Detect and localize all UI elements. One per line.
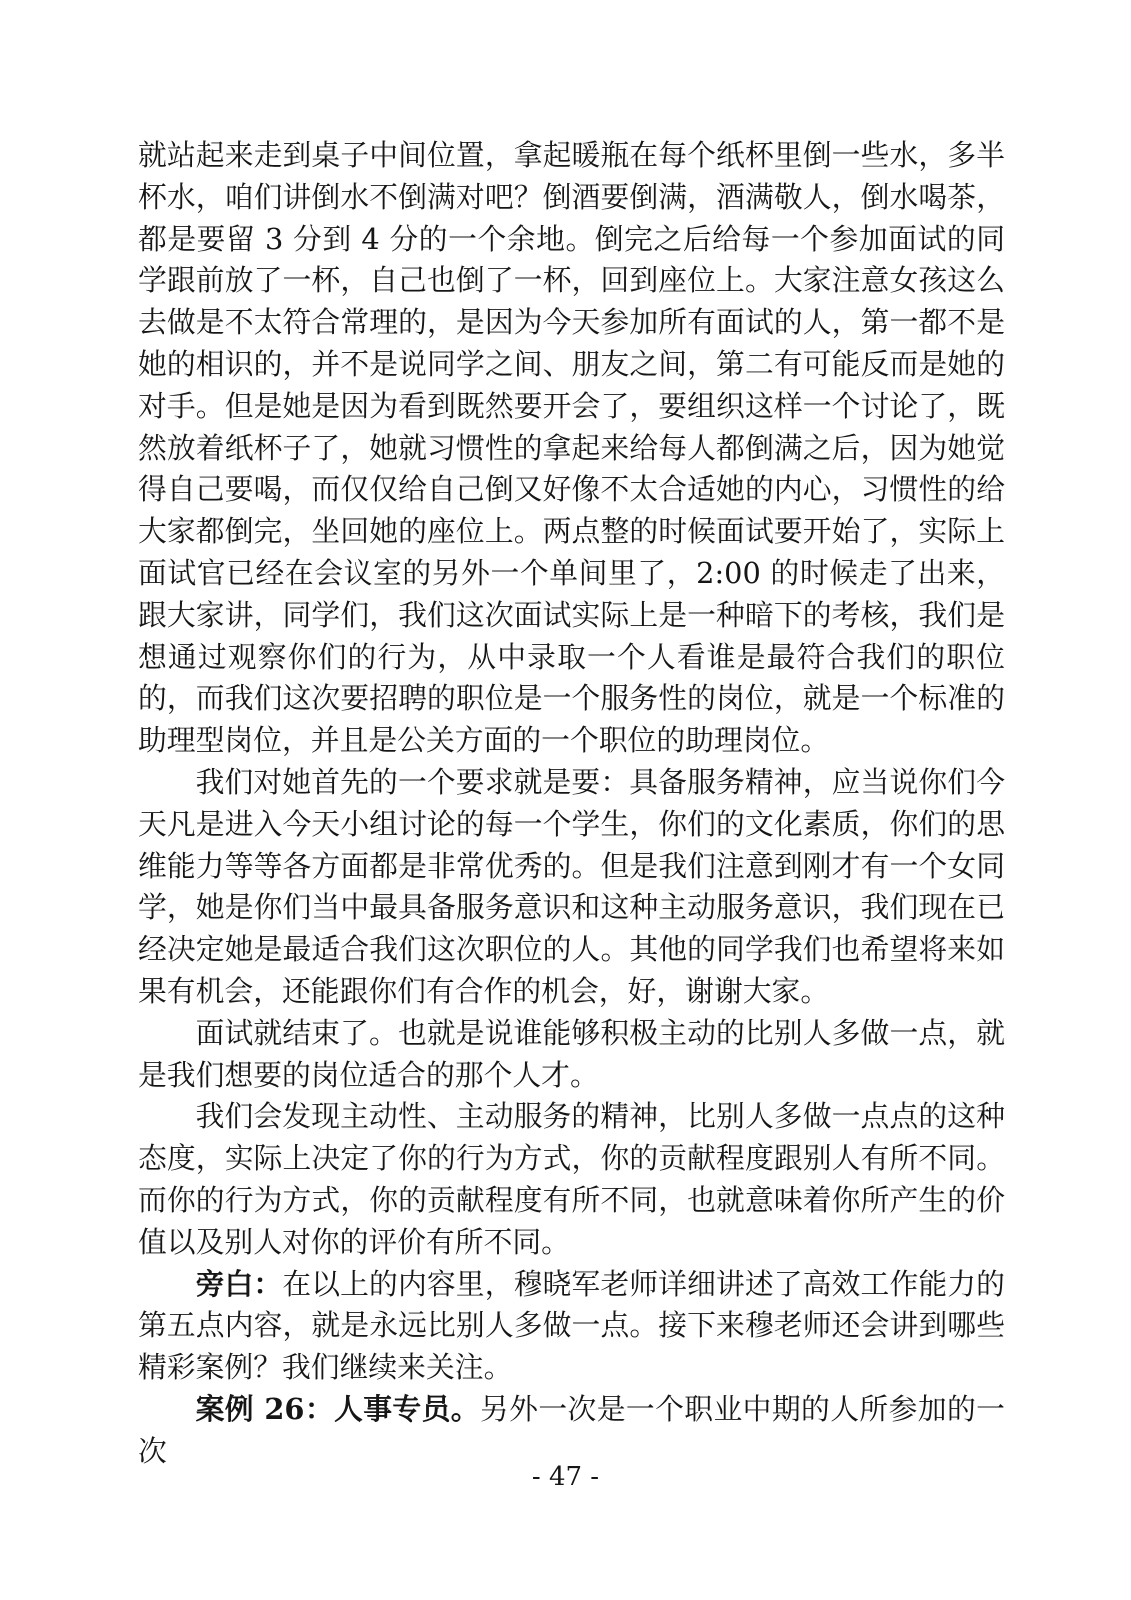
paragraph: 我们会发现主动性、主动服务的精神，比别人多做一点点的这种态度，实际上决定了你的行… <box>138 1096 1005 1263</box>
bold-text-run: 旁白： <box>196 1267 283 1301</box>
page-number: - 47 - <box>0 1462 1131 1492</box>
paragraph: 就站起来走到桌子中间位置，拿起暖瓶在每个纸杯里倒一些水，多半杯水，咱们讲倒水不倒… <box>138 135 1005 762</box>
text-run: 就站起来走到桌子中间位置，拿起暖瓶在每个纸杯里倒一些水，多半杯水，咱们讲倒水不倒… <box>138 138 1005 757</box>
text-run: 面试就结束了。也就是说谁能够积极主动的比别人多做一点，就是我们想要的岗位适合的那… <box>138 1016 1005 1092</box>
document-body: 就站起来走到桌子中间位置，拿起暖瓶在每个纸杯里倒一些水，多半杯水，咱们讲倒水不倒… <box>138 135 1005 1473</box>
paragraph: 我们对她首先的一个要求就是要：具备服务精神，应当说你们今天凡是进入今天小组讨论的… <box>138 762 1005 1013</box>
document-page: 就站起来走到桌子中间位置，拿起暖瓶在每个纸杯里倒一些水，多半杯水，咱们讲倒水不倒… <box>0 0 1131 1600</box>
paragraph: 案例 26：人事专员。另外一次是一个职业中期的人所参加的一次 <box>138 1389 1005 1473</box>
text-run: 我们对她首先的一个要求就是要：具备服务精神，应当说你们今天凡是进入今天小组讨论的… <box>138 765 1005 1008</box>
paragraph: 旁白：在以上的内容里，穆晓军老师详细讲述了高效工作能力的第五点内容，就是永远比别… <box>138 1264 1005 1389</box>
text-run: 我们会发现主动性、主动服务的精神，比别人多做一点点的这种态度，实际上决定了你的行… <box>138 1099 1005 1258</box>
bold-text-run: 案例 26：人事专员。 <box>196 1392 480 1426</box>
paragraph: 面试就结束了。也就是说谁能够积极主动的比别人多做一点，就是我们想要的岗位适合的那… <box>138 1013 1005 1097</box>
